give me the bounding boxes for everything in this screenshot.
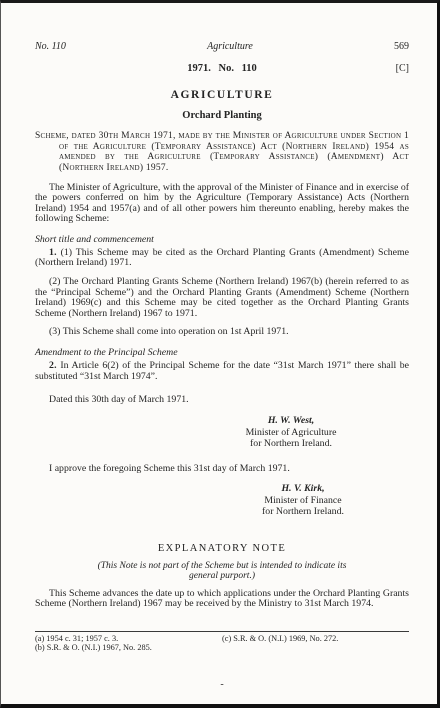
section-heading-amendment: Amendment to the Principal Scheme: [35, 347, 409, 358]
approval-line: I approve the foregoing Scheme this 31st…: [35, 463, 409, 474]
scanned-document-page: No. 110 Agriculture 569 1971. No. 110 [C…: [0, 0, 440, 708]
running-header-doc-number: No. 110: [35, 41, 66, 52]
paragraph-text: (3) This Scheme shall come into operatio…: [49, 326, 289, 337]
paragraph-text: (1) This Scheme may be cited as the Orch…: [35, 247, 409, 269]
signature-title-line1: Minister of Finance: [223, 495, 383, 507]
footnotes-left-column: (a) 1954 c. 31; 1957 c. 3. (b) S.R. & O.…: [35, 634, 222, 653]
document-number: 1971. No. 110: [187, 63, 257, 74]
recital-paragraph: Scheme, dated 30th March 1971, made by t…: [35, 131, 409, 173]
scheme-paragraph-2: 2. In Article 6(2) of the Principal Sche…: [35, 361, 409, 382]
running-header-page-number: 569: [394, 41, 409, 52]
signature-title-line1: Minister of Agriculture: [211, 427, 371, 439]
signature-block-finance: H. V. Kirk, Minister of Finance for Nort…: [223, 483, 383, 518]
document-title: AGRICULTURE: [35, 89, 409, 101]
scheme-paragraph-1-3: (3) This Scheme shall come into operatio…: [35, 327, 409, 338]
footnote-a: (a) 1954 c. 31; 1957 c. 3.: [35, 634, 222, 643]
document-number-line: 1971. No. 110 [C]: [35, 63, 409, 74]
section-heading-short-title: Short title and commencement: [35, 234, 409, 245]
corner-mark: [C]: [396, 63, 409, 74]
footnote-separator-rule: [35, 631, 409, 632]
running-header-subject: Agriculture: [207, 41, 253, 52]
footnote-c: (c) S.R. & O. (N.I.) 1969, No. 272.: [222, 634, 409, 643]
signature-title-line2: for Northern Ireland.: [211, 438, 371, 450]
explanatory-note-title: EXPLANATORY NOTE: [35, 543, 409, 554]
document-subtitle: Orchard Planting: [35, 110, 409, 121]
signature-title-line2: for Northern Ireland.: [223, 506, 383, 518]
scheme-paragraph-1-1: 1. (1) This Scheme may be cited as the O…: [35, 248, 409, 269]
scan-artifact-dash: -: [35, 679, 409, 690]
signature-block-agriculture: H. W. West, Minister of Agriculture for …: [211, 415, 371, 450]
signature-name: H. V. Kirk,: [223, 483, 383, 495]
explanatory-note-body: This Scheme advances the date up to whic…: [35, 589, 409, 610]
footnote-b: (b) S.R. & O. (N.I.) 1967, No. 285.: [35, 643, 222, 652]
paragraph-text: (2) The Orchard Planting Grants Scheme (…: [35, 276, 409, 319]
signature-name: H. W. West,: [211, 415, 371, 427]
paragraph-number: 1.: [49, 247, 57, 258]
paragraph-number: 2.: [49, 360, 57, 371]
explanatory-note-parenthetical: (This Note is not part of the Scheme but…: [97, 561, 347, 582]
scheme-paragraph-1-2: (2) The Orchard Planting Grants Scheme (…: [35, 277, 409, 319]
preamble-paragraph: The Minister of Agriculture, with the ap…: [35, 183, 409, 225]
paragraph-text: In Article 6(2) of the Principal Scheme …: [35, 360, 409, 382]
footnotes-right-column: (c) S.R. & O. (N.I.) 1969, No. 272.: [222, 634, 409, 653]
running-header: No. 110 Agriculture 569: [35, 41, 409, 52]
dated-line: Dated this 30th day of March 1971.: [35, 394, 409, 405]
footnotes: (a) 1954 c. 31; 1957 c. 3. (b) S.R. & O.…: [35, 634, 409, 653]
